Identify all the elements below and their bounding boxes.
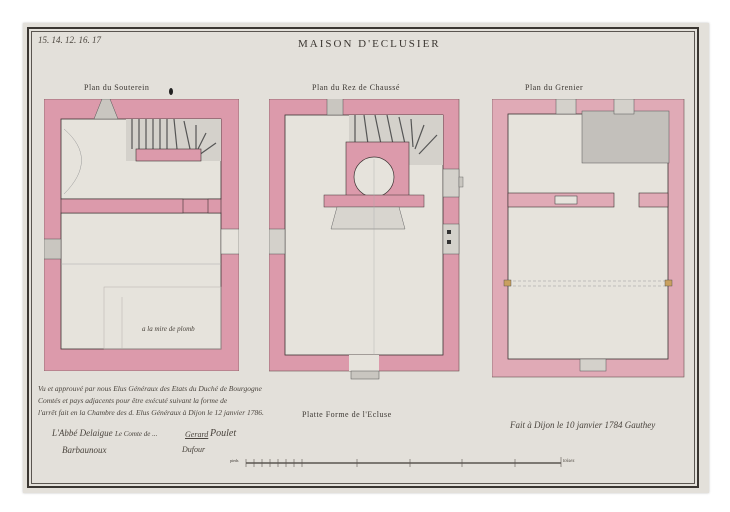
approval-line-3: l'arrêt fait en la Chambre des d. Elus G… [38, 408, 264, 417]
signature-1: L'Abbé Delaigue [52, 428, 113, 438]
scale-end-label: toises [563, 459, 574, 464]
approval-line-1: Vu et approuvé par nous Elus Généraux de… [38, 384, 262, 393]
plan-attic [492, 99, 687, 384]
sheet-reference: 15. 14. 12. 16. 17 [38, 35, 101, 45]
north-marker-icon [169, 88, 173, 95]
plan-ground-floor [269, 99, 464, 389]
sheet-title: MAISON D'ECLUSIER [298, 38, 441, 50]
approval-line-2: Comtés et pays adjacents pour être exécu… [38, 396, 227, 405]
plan-title-attic: Plan du Grenier [525, 83, 583, 92]
basement-note: a la mire de plomb [142, 325, 195, 333]
signature-5: Poulet [210, 428, 236, 439]
signature-6: Dufour [182, 445, 205, 454]
signature-3: Gerard [185, 430, 208, 439]
signature-4: Barbaunoux [62, 445, 107, 455]
dated-signature: Fait à Dijon le 10 janvier 1784 Gauthey [510, 420, 655, 430]
signature-2: Le Comte de ... [115, 430, 157, 438]
plan-title-ground-floor: Plan du Rez de Chaussé [312, 83, 400, 92]
plan-title-basement: Plan du Souterein [84, 83, 149, 92]
scale-bar [236, 455, 566, 475]
scale-label: pieds [230, 458, 238, 463]
platform-caption: Platte Forme de l'Ecluse [302, 410, 392, 419]
